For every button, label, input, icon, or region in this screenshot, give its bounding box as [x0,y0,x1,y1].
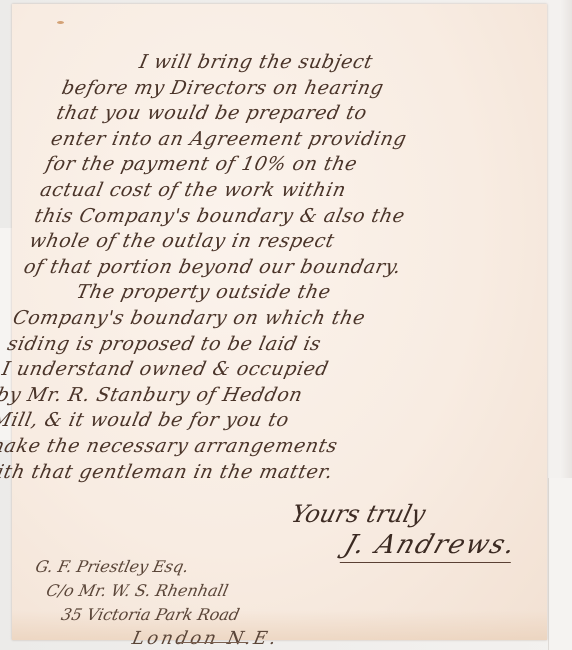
recipient-address: G. F. Priestley Esq. C/o Mr. W. S. Rhenh… [18,555,297,650]
body-line: Mill, & it would be for you to [0,408,514,434]
body-line: enter into an Agreement providing [48,127,572,153]
body-line: make the necessary arrangements [0,434,509,460]
body-line: by Mr. R. Stanbury of Heddon [0,383,520,409]
body-line: siding is proposed to be laid is [5,332,530,358]
body-line: I understand owned & occupied [0,357,525,383]
signature: J. Andrews. [340,530,522,563]
body-line: with that gentleman in the matter. [0,460,503,486]
address-line: London N.E. [18,627,281,650]
body-line: I will bring the subject [65,50,572,76]
ink-stain [57,21,64,24]
body-line: that you would be prepared to [54,101,572,127]
underline-mark [178,642,248,643]
body-line: for the payment of 10% on the [43,152,568,178]
body-line: of that portion beyond our boundary. [21,255,546,281]
letter-closing: Yours truly [289,500,429,528]
body-line: actual cost of the work within [38,178,563,204]
address-line: G. F. Priestley Esq. [33,555,296,579]
body-line: before my Directors on hearing [59,76,572,102]
body-line: whole of the outlay in respect [27,229,552,255]
body-line: The property outside the [16,280,541,306]
mount-tab-right [548,478,572,650]
address-line: C/o Mr. W. S. Rhenhall [28,579,291,603]
letter-body: I will bring the subject before my Direc… [0,50,572,485]
body-line: this Company's boundary & also the [32,204,557,230]
address-line: 35 Victoria Park Road [23,603,286,627]
body-line: Company's boundary on which the [10,306,535,332]
